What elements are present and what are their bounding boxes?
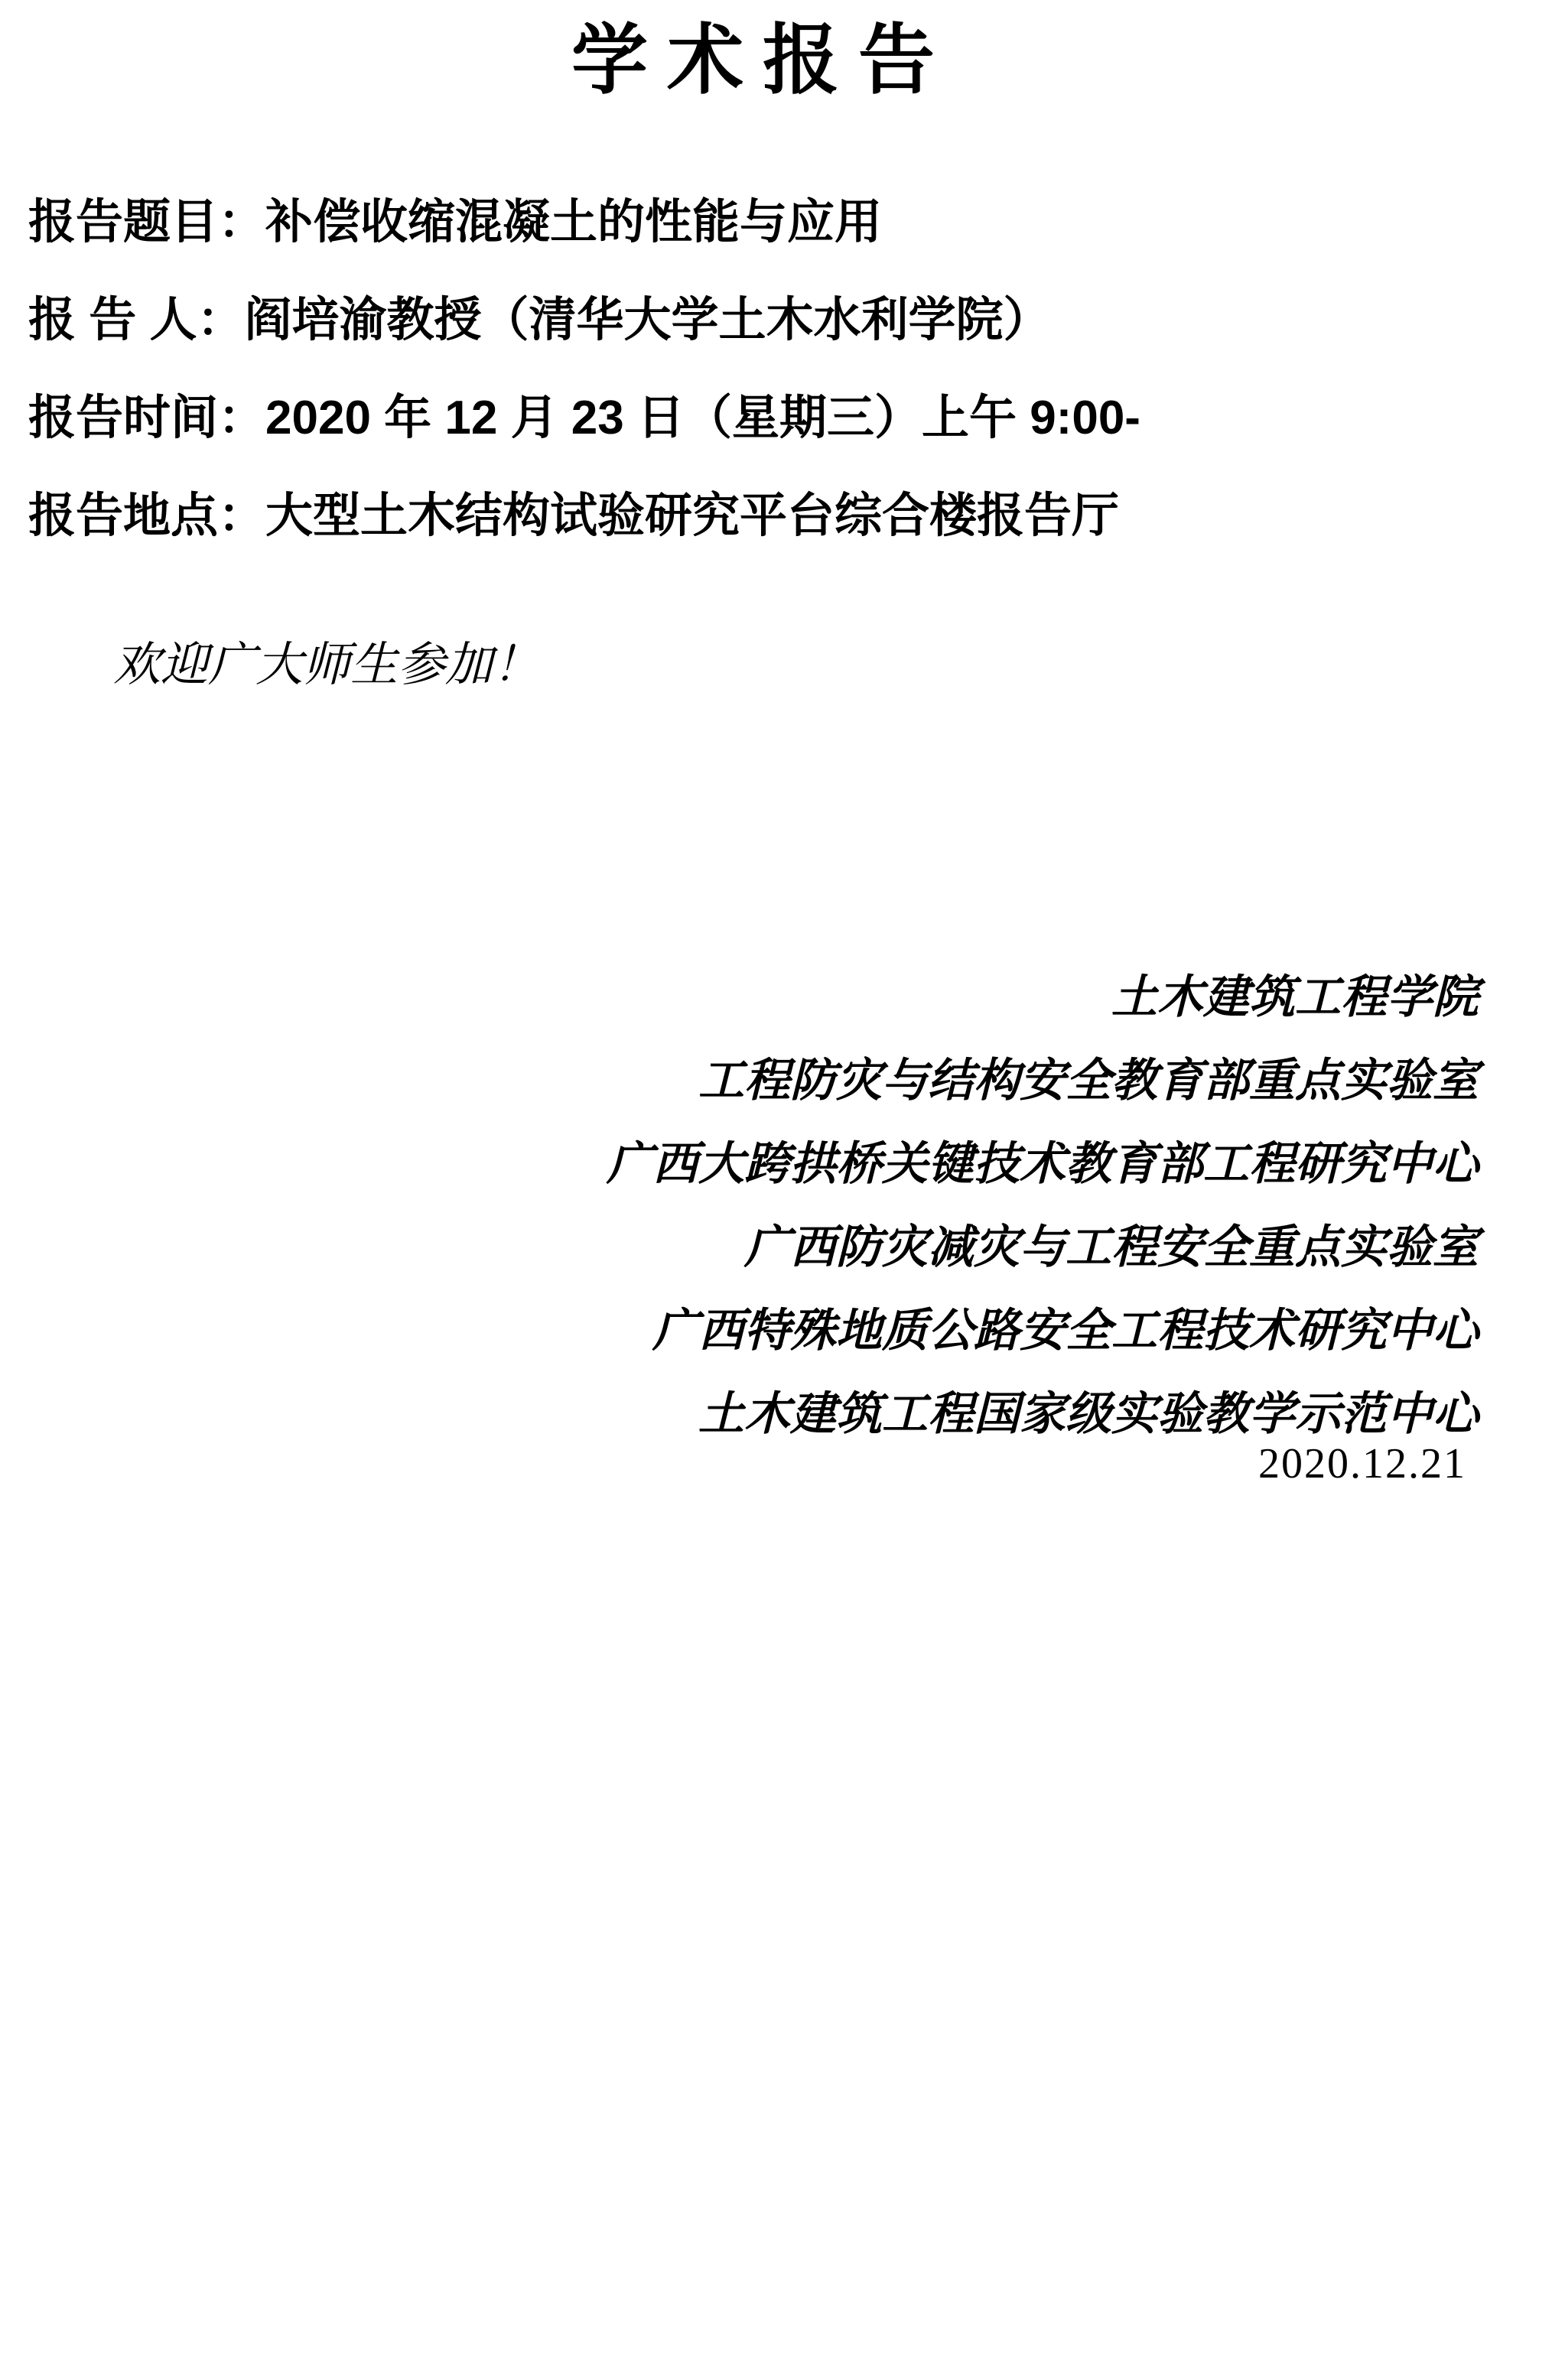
report-topic-line: 报告题目：补偿收缩混凝土的性能与应用 (28, 197, 882, 247)
signature-org-5: 广西特殊地质公路安全工程技术研究中心 (607, 1289, 1479, 1373)
report-time-line: 报告时间：2020 年 12 月 23 日（星期三）上午 9:00- (28, 393, 1140, 443)
page-title: 学 术 报 告 (0, 19, 1506, 103)
welcome-message: 欢迎广大师生参加！ (113, 641, 540, 691)
signature-org-1: 土木建筑工程学院 (607, 956, 1479, 1039)
report-venue-line: 报告地点：大型土木结构试验研究平台综合楼报告厅 (28, 491, 1119, 541)
document-page: 学 术 报 告 报告题目：补偿收缩混凝土的性能与应用 报 告 人：阎培渝教授（清… (0, 0, 1552, 2380)
signature-date: 2020.12.21 (1258, 1442, 1466, 1485)
signature-org-2: 工程防灾与结构安全教育部重点实验室 (607, 1039, 1479, 1123)
signature-org-4: 广西防灾减灾与工程安全重点实验室 (607, 1206, 1479, 1289)
signature-org-3: 广西大跨拱桥关键技术教育部工程研究中心 (607, 1123, 1479, 1206)
signature-block: 土木建筑工程学院 工程防灾与结构安全教育部重点实验室 广西大跨拱桥关键技术教育部… (607, 956, 1479, 1456)
report-speaker-line: 报 告 人：阎培渝教授（清华大学土木水利学院） (28, 295, 1050, 345)
